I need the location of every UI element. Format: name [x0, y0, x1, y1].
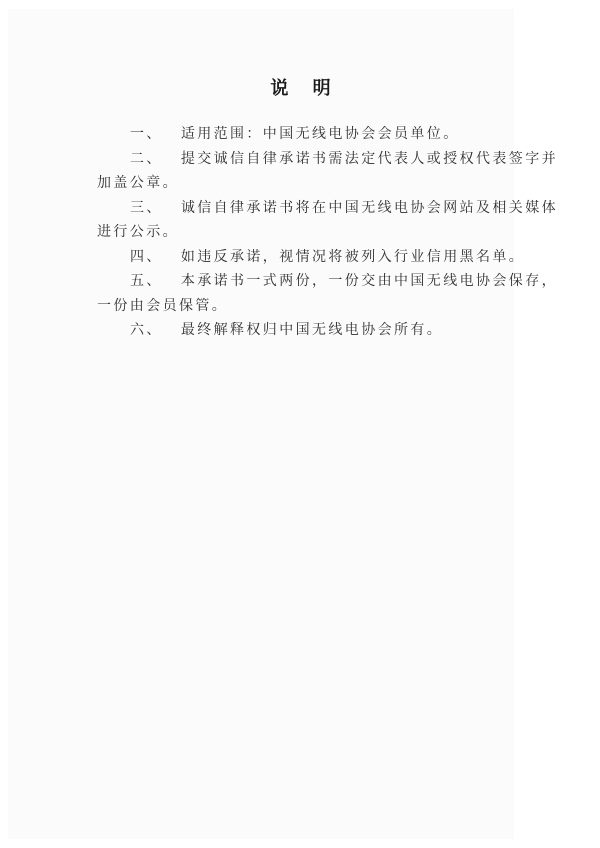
item-text: 如违反承诺，视情况将被列入行业信用黑名单。: [181, 249, 525, 265]
instruction-line: 四、如违反承诺，视情况将被列入行业信用黑名单。: [97, 245, 513, 270]
instruction-item-6: 六、最终解释权归中国无线电协会所有。: [97, 318, 513, 343]
item-number: 一、: [130, 126, 163, 142]
item-number: 三、: [130, 200, 163, 216]
item-text: 诚信自律承诺书将在中国无线电协会网站及相关媒体: [181, 200, 558, 216]
instructions-list: 一、适用范围：中国无线电协会会员单位。 二、提交诚信自律承诺书需法定代表人或授权…: [97, 122, 513, 343]
instruction-item-2: 二、提交诚信自律承诺书需法定代表人或授权代表签字并 加盖公章。: [97, 147, 513, 196]
instruction-item-1: 一、适用范围：中国无线电协会会员单位。: [97, 122, 513, 147]
document-title: 说 明: [0, 74, 600, 100]
item-text: 最终解释权归中国无线电协会所有。: [181, 322, 443, 338]
instruction-line-continued: 进行公示。: [97, 220, 513, 245]
instruction-item-5: 五、本承诺书一式两份，一份交由中国无线电协会保存， 一份由会员保管。: [97, 269, 513, 318]
item-number: 五、: [130, 273, 163, 289]
instruction-line: 二、提交诚信自律承诺书需法定代表人或授权代表签字并: [97, 147, 513, 172]
instruction-line: 三、诚信自律承诺书将在中国无线电协会网站及相关媒体: [97, 196, 513, 221]
item-text: 本承诺书一式两份，一份交由中国无线电协会保存，: [181, 273, 558, 289]
item-text: 适用范围：中国无线电协会会员单位。: [181, 126, 460, 142]
instruction-line: 六、最终解释权归中国无线电协会所有。: [97, 318, 513, 343]
instruction-line: 一、适用范围：中国无线电协会会员单位。: [97, 122, 513, 147]
item-number: 二、: [130, 151, 163, 167]
item-text: 提交诚信自律承诺书需法定代表人或授权代表签字并: [181, 151, 558, 167]
instruction-line-continued: 加盖公章。: [97, 171, 513, 196]
instruction-line: 五、本承诺书一式两份，一份交由中国无线电协会保存，: [97, 269, 513, 294]
instruction-item-3: 三、诚信自律承诺书将在中国无线电协会网站及相关媒体 进行公示。: [97, 196, 513, 245]
instruction-item-4: 四、如违反承诺，视情况将被列入行业信用黑名单。: [97, 245, 513, 270]
instruction-line-continued: 一份由会员保管。: [97, 294, 513, 319]
item-number: 六、: [130, 322, 163, 338]
item-number: 四、: [130, 249, 163, 265]
